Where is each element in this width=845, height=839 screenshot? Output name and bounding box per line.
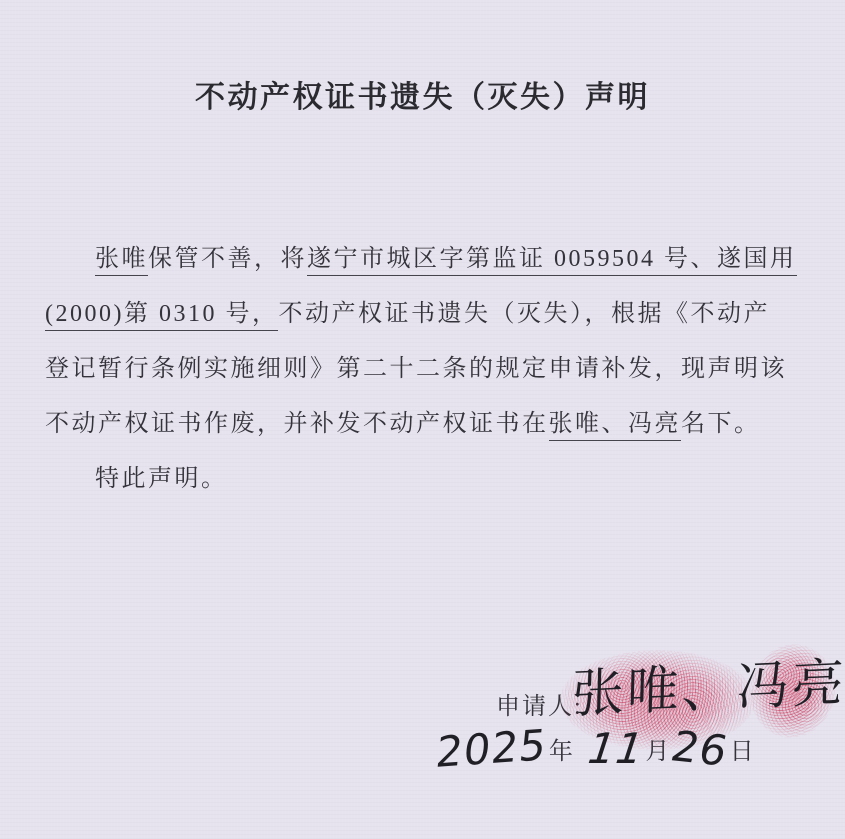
- body-text: 保管不善，将: [148, 246, 307, 272]
- date-month-handwritten: 11: [580, 726, 650, 772]
- body-line: 不动产权证书作废，并补发不动产权证书在张唯、冯亮名下。: [45, 397, 809, 452]
- underlined-fill-in-text: 张唯、冯亮: [549, 411, 682, 441]
- date-day-label: 日: [728, 736, 757, 772]
- underlined-fill-in-text: 张唯: [95, 246, 148, 276]
- body-text: 不动产权证书作废，并补发不动产权证书在: [45, 411, 549, 437]
- document-page: 不动产权证书遗失（灭失）声明 张唯保管不善，将遂宁市城区字第监证 0059504…: [0, 0, 845, 839]
- body-text: 名下。: [681, 411, 761, 437]
- date-year-handwritten: 2025: [434, 722, 550, 776]
- date-day-handwritten: 26: [667, 724, 733, 775]
- body-text: 特此声明。: [95, 466, 228, 492]
- body-text: 不动产权证书遗失（灭失），根据《不动产: [278, 301, 770, 327]
- body-text: 登记暂行条例实施细则》第二十二条的规定申请补发，现声明该: [45, 356, 787, 382]
- body-line: 登记暂行条例实施细则》第二十二条的规定申请补发，现声明该: [45, 342, 809, 397]
- body-line: 张唯保管不善，将遂宁市城区字第监证 0059504 号、遂国用: [45, 232, 809, 287]
- date-year-label: 年: [547, 736, 576, 772]
- body-lines: 张唯保管不善，将遂宁市城区字第监证 0059504 号、遂国用(2000)第 0…: [45, 232, 809, 507]
- underlined-fill-in-text: 遂宁市城区字第监证 0059504 号、遂国用: [307, 246, 797, 276]
- body-line: (2000)第 0310 号，不动产权证书遗失（灭失），根据《不动产: [45, 287, 809, 342]
- date-row: 2025 年 11 月 26 日: [436, 726, 757, 772]
- body-line: 特此声明。: [45, 452, 809, 507]
- signature-handwriting: 张唯、冯亮: [571, 640, 845, 727]
- underlined-fill-in-text: (2000)第 0310 号，: [45, 301, 278, 331]
- document-title: 不动产权证书遗失（灭失）声明: [0, 72, 845, 116]
